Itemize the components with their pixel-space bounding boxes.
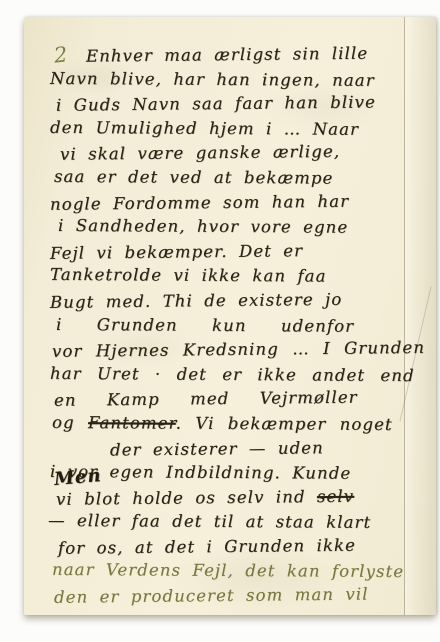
handwriting-line: har Uret · det er ikke andet end [50, 362, 402, 389]
handwriting-line: naar Verdens Fejl, det kan forlyste [52, 558, 402, 585]
struck-word: Fantomer [88, 413, 176, 433]
scanned-page-background: 2 Enhver maa ærligst sin lilleNavn blive… [0, 0, 440, 642]
handwriting-line: Fejl vi bekæmper. Det er [50, 238, 402, 266]
handwriting-line: vi skal være ganske ærlige, [60, 140, 402, 168]
handwriting-line: saa er det ved at bekæmpe [54, 165, 402, 192]
handwriting-line: for os, at det i Grunden ikke [58, 533, 402, 561]
handwriting-segment: . Vi bekæmper noget [176, 414, 393, 434]
handwriting-line: vor Hjernes Kredsning … I Grunden [52, 336, 402, 364]
handwriting-line: nogle Fordomme som han har [50, 189, 402, 217]
handwriting-line: — eller faa det til at staa klart [48, 509, 402, 536]
handwriting-line: Navn blive, har han ingen, naar [50, 67, 402, 94]
handwriting-line: Tanketrolde vi ikke kan faa [50, 263, 402, 290]
manuscript-page: 2 Enhver maa ærligst sin lilleNavn blive… [24, 17, 436, 615]
handwriting-line: i Grunden kun udenfor [56, 312, 402, 339]
handwriting-segment: og [52, 413, 88, 432]
inserted-word: Men [53, 465, 102, 490]
handwriting-line: den Umulighed hjem i … Naar [50, 116, 402, 143]
handwriting-line: i Sandheden, hvor vore egne [58, 214, 402, 241]
handwriting-line: Enhver maa ærligst sin lille [86, 41, 402, 69]
handwriting-line: i vor egen Indbildning. Kunde [50, 460, 402, 487]
handwriting-line: en Kamp med Vejrmøller [54, 385, 402, 413]
handwriting-block: Enhver maa ærligst sin lilleNavn blive, … [24, 17, 436, 609]
handwriting-line: den er produceret som man vil [54, 582, 402, 610]
struck-word: selv [317, 486, 354, 505]
handwriting-line: i Guds Navn saa faar han blive [56, 90, 402, 118]
handwriting-line: Bugt med. Thi de existere jo [50, 287, 402, 315]
handwriting-line: vi blot holde os selv ind selv [56, 484, 402, 512]
handwriting-line: der existerer — uden [110, 435, 402, 463]
handwriting-segment: vi blot holde os selv ind [56, 487, 317, 509]
handwriting-line: og Fantomer. Vi bekæmper noget [52, 411, 402, 438]
